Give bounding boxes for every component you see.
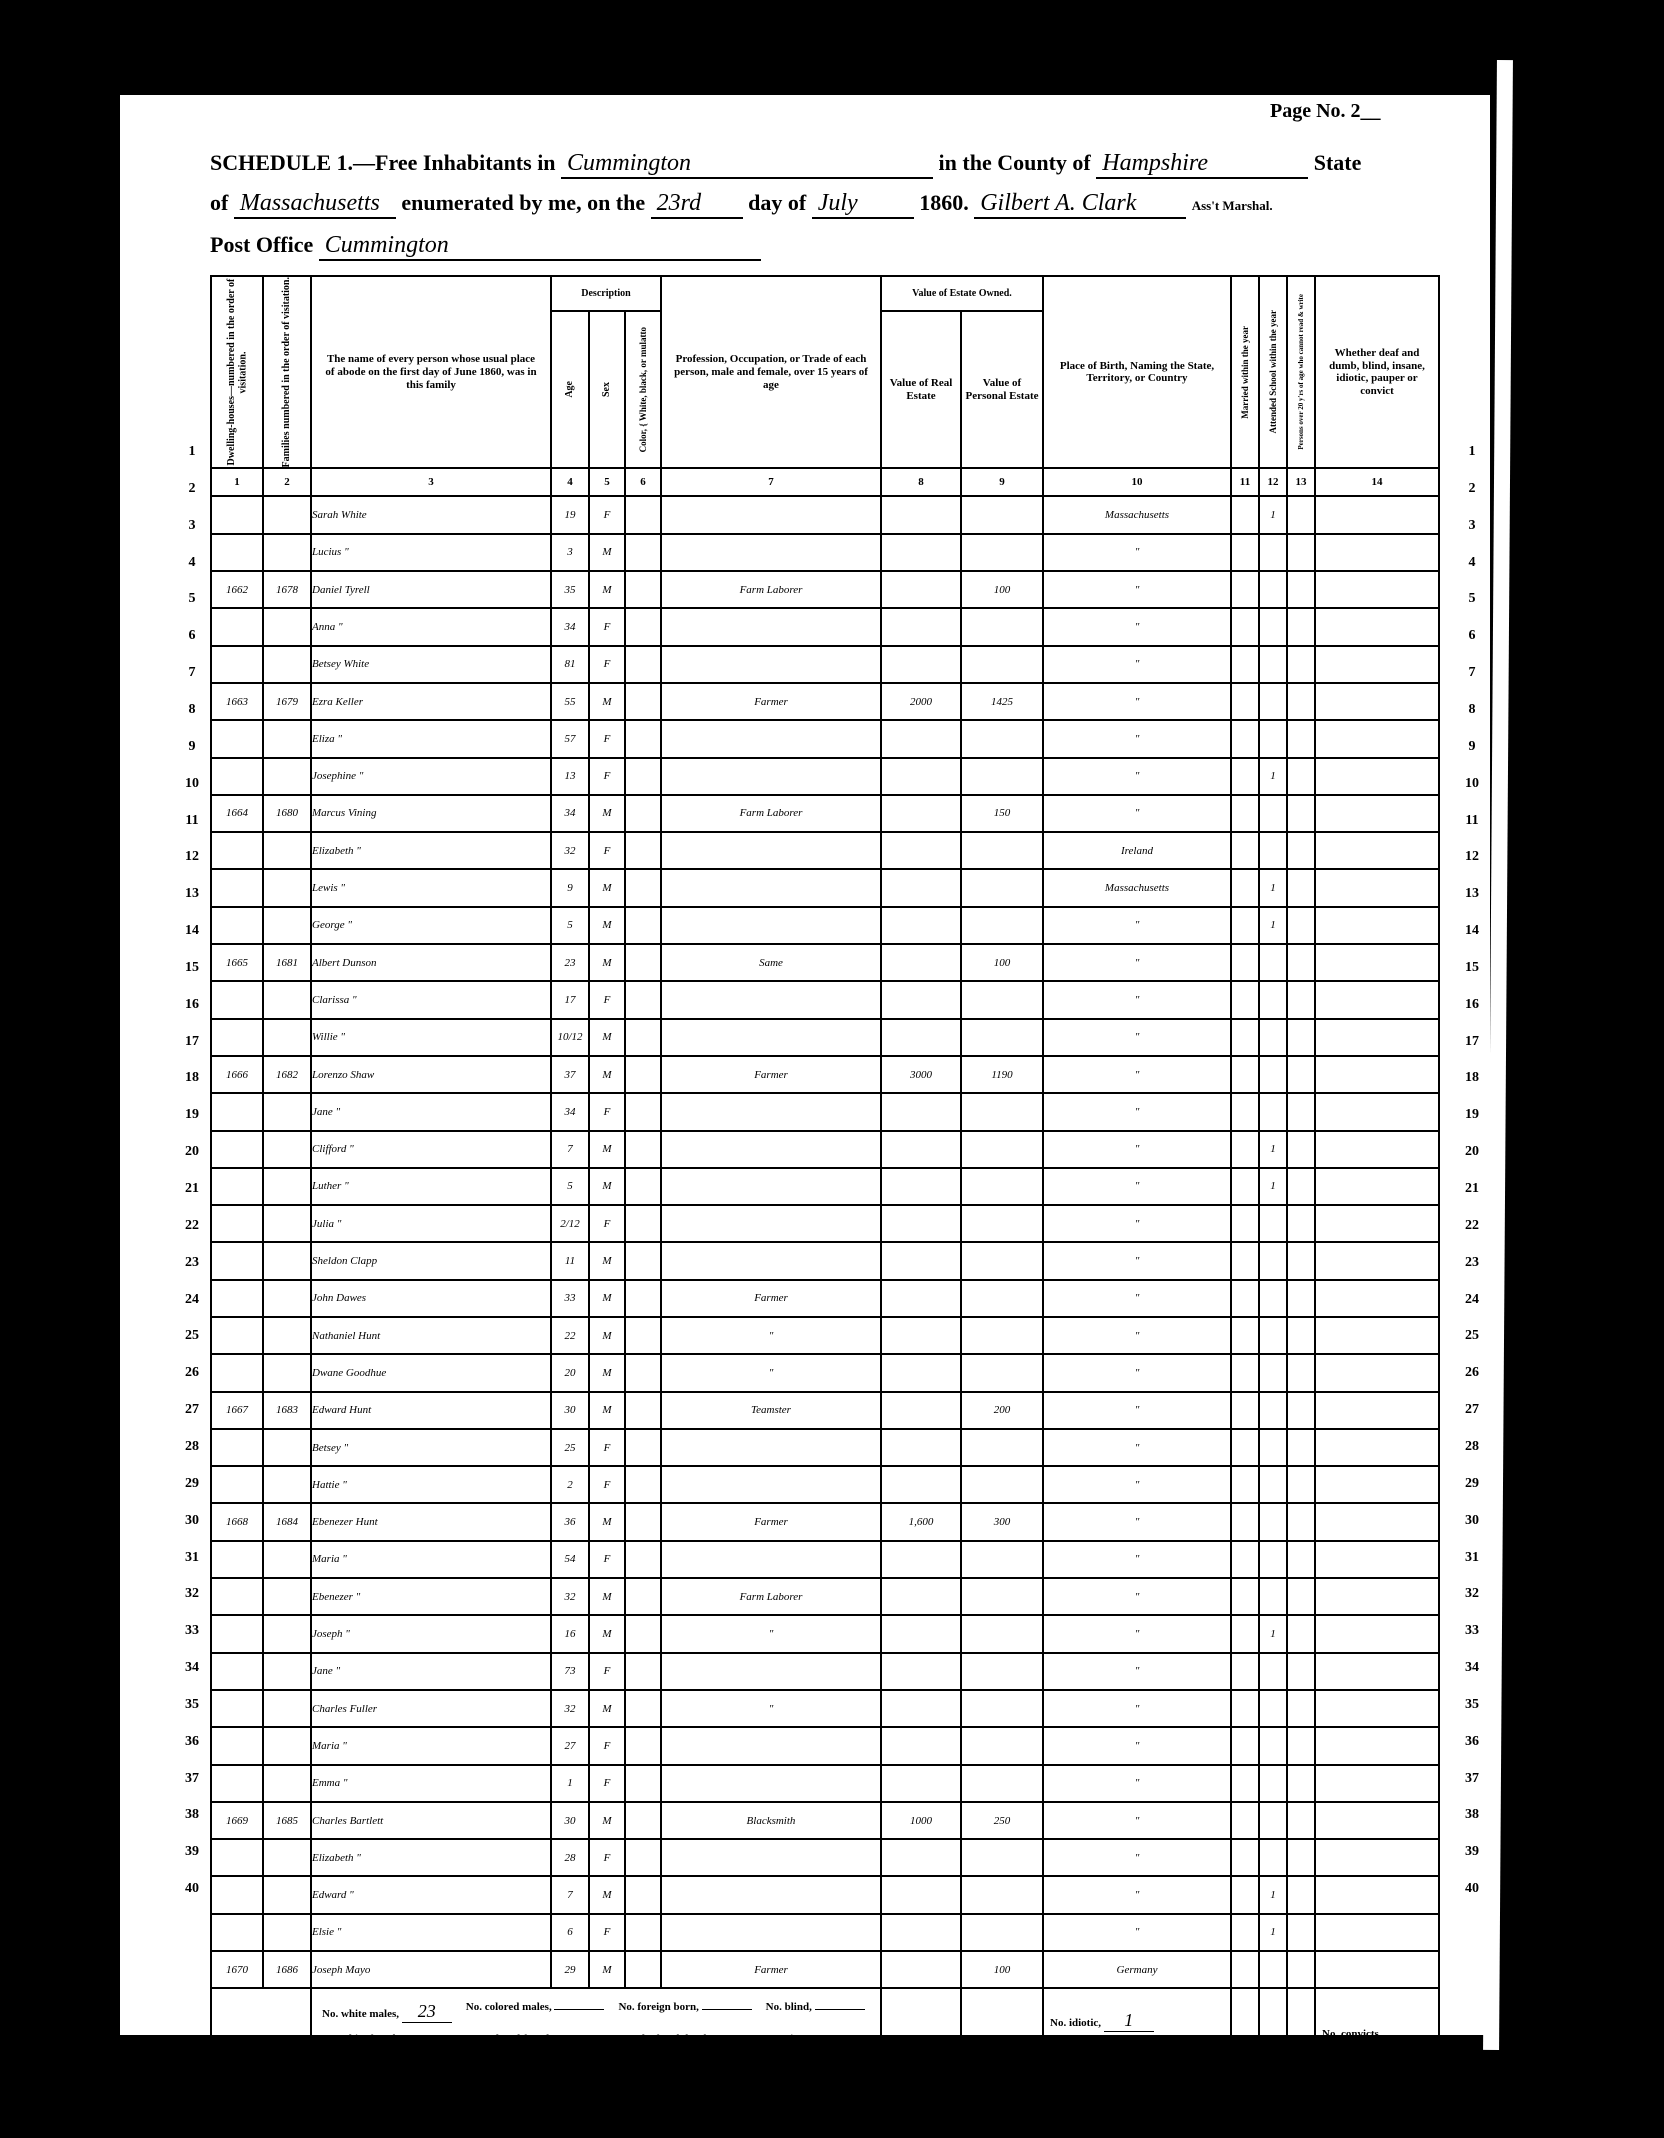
table-row: Sarah White19FMassachusetts1 [211,496,1439,533]
illiterate-mark [1287,944,1315,981]
school-mark [1259,1503,1287,1540]
real-estate-value [881,571,961,608]
occupation [661,1914,881,1951]
dwelling-number [211,1019,263,1056]
disability [1315,1168,1439,1205]
married-mark [1231,1354,1259,1391]
line-number: 10 [180,776,204,792]
school-mark [1259,1429,1287,1466]
post-office-label: Post Office [210,232,313,257]
color [625,1914,661,1951]
white-males-value: 23 [402,2001,452,2023]
school-mark [1259,1951,1287,1988]
school-mark: 1 [1259,1168,1287,1205]
age: 36 [551,1503,589,1540]
illiterate-mark [1287,795,1315,832]
age: 16 [551,1615,589,1652]
occupation: Farmer [661,1503,881,1540]
blind-label: No. blind, [766,2001,812,2013]
line-number: 32 [180,1586,204,1602]
birthplace: " [1043,944,1231,981]
age: 32 [551,832,589,869]
table-row: Hattie "2F" [211,1466,1439,1503]
census-table: Dwelling-houses—numbered in the order of… [210,275,1440,2081]
real-estate-value [881,1429,961,1466]
occupation [661,981,881,1018]
married-mark [1231,1317,1259,1354]
sex: M [589,534,625,571]
header-name: The name of every person whose usual pla… [311,276,551,468]
personal-estate-value: 250 [961,1802,1043,1839]
disability [1315,534,1439,571]
real-estate-value [881,1914,961,1951]
married-mark [1231,1802,1259,1839]
personal-estate-value [961,1429,1043,1466]
sex: F [589,1429,625,1466]
foreign-born-label: No. foreign born, [618,2001,698,2013]
real-estate-value [881,1690,961,1727]
married-mark [1231,1727,1259,1764]
family-number [263,758,311,795]
idiotic-value: 1 [1104,2010,1154,2032]
real-estate-value [881,1093,961,1130]
disability [1315,1354,1439,1391]
school-mark [1259,1690,1287,1727]
family-number [263,496,311,533]
illiterate-mark [1287,1354,1315,1391]
table-row: Edward "7M"1 [211,1876,1439,1913]
real-estate-value [881,1168,961,1205]
personal-estate-value [961,534,1043,571]
line-number: 5 [1460,591,1484,607]
disability [1315,907,1439,944]
married-mark [1231,832,1259,869]
line-number: 18 [180,1070,204,1086]
table-row: Jane "34F" [211,1093,1439,1130]
birthplace: " [1043,981,1231,1018]
sex: F [589,608,625,645]
person-name: Betsey " [311,1429,551,1466]
table-row: Joseph "16M""1 [211,1615,1439,1652]
sex: F [589,496,625,533]
sex: M [589,1578,625,1615]
family-number [263,907,311,944]
line-number: 11 [180,813,204,829]
person-name: Jane " [311,1653,551,1690]
line-number: 21 [1460,1181,1484,1197]
table-row: Ebenezer "32MFarm Laborer" [211,1578,1439,1615]
col-num-5: 5 [589,468,625,496]
color [625,1615,661,1652]
table-row: Sheldon Clapp11M" [211,1242,1439,1279]
header-school: Attended School within the year [1259,276,1287,468]
person-name: Joseph Mayo [311,1951,551,1988]
family-number: 1680 [263,795,311,832]
state-prefix-label: of [210,190,228,215]
table-row: George "5M"1 [211,907,1439,944]
color [625,758,661,795]
line-number: 6 [1460,628,1484,644]
real-estate-value [881,758,961,795]
white-females-label: No. white females, [322,2033,408,2045]
birthplace: " [1043,1354,1231,1391]
illiterate-mark [1287,496,1315,533]
disability [1315,1205,1439,1242]
sex: M [589,1951,625,1988]
birthplace: " [1043,571,1231,608]
post-office-value: Cummington [319,232,761,261]
family-number [263,534,311,571]
line-number: 17 [1460,1034,1484,1050]
line-number: 36 [180,1734,204,1750]
school-mark [1259,1392,1287,1429]
personal-estate-value: 200 [961,1392,1043,1429]
enumerated-label: enumerated by me, on the [401,190,645,215]
person-name: Julia " [311,1205,551,1242]
age: 73 [551,1653,589,1690]
line-number: 35 [180,1697,204,1713]
family-number [263,1727,311,1764]
line-number: 24 [180,1292,204,1308]
married-mark [1231,944,1259,981]
color [625,944,661,981]
illiterate-mark [1287,1093,1315,1130]
age: 32 [551,1690,589,1727]
real-estate-value [881,944,961,981]
person-name: Hattie " [311,1466,551,1503]
illiterate-mark [1287,1131,1315,1168]
line-number: 9 [180,739,204,755]
line-number: 39 [1460,1844,1484,1860]
occupation [661,1727,881,1764]
age: 34 [551,795,589,832]
dwelling-number [211,1280,263,1317]
disability [1315,1765,1439,1802]
sex: F [589,1653,625,1690]
real-estate-value [881,1541,961,1578]
post-office-line: Post Office Cummington [210,232,761,261]
dwelling-number [211,1317,263,1354]
person-name: Elsie " [311,1914,551,1951]
person-name: Emma " [311,1765,551,1802]
illiterate-mark [1287,1876,1315,1913]
table-row: Betsey "25F" [211,1429,1439,1466]
table-row: Jane "73F" [211,1653,1439,1690]
real-estate-value: 3000 [881,1056,961,1093]
header-illiterate: Persons over 20 y'rs of age who cannot r… [1287,276,1315,468]
color [625,1578,661,1615]
disability [1315,1541,1439,1578]
school-mark [1259,1019,1287,1056]
day-value: 23rd [651,190,743,219]
color [625,646,661,683]
line-number: 31 [180,1550,204,1566]
dwelling-number: 1664 [211,795,263,832]
line-number: 28 [180,1439,204,1455]
table-row: Elizabeth "32FIreland [211,832,1439,869]
real-estate-value [881,1131,961,1168]
birthplace: " [1043,1653,1231,1690]
age: 25 [551,1429,589,1466]
line-number: 2 [1460,481,1484,497]
real-estate-value [881,832,961,869]
age: 2/12 [551,1205,589,1242]
school-mark [1259,1056,1287,1093]
occupation: Farmer [661,1951,881,1988]
dwelling-number [211,1093,263,1130]
col-num-9: 9 [961,468,1043,496]
table-row: Maria "27F" [211,1727,1439,1764]
header-personal-estate: Value of Personal Estate [961,311,1043,469]
person-name: Willie " [311,1019,551,1056]
col-num-12: 12 [1259,468,1287,496]
color [625,720,661,757]
family-number [263,1429,311,1466]
occupation [661,720,881,757]
color [625,1503,661,1540]
line-number: 15 [180,960,204,976]
table-row: 16681684Ebenezer Hunt36MFarmer1,600300" [211,1503,1439,1540]
school-mark: 1 [1259,1876,1287,1913]
col-num-6: 6 [625,468,661,496]
person-name: Ebenezer Hunt [311,1503,551,1540]
family-number [263,1690,311,1727]
illiterate-mark [1287,1914,1315,1951]
birthplace: " [1043,1093,1231,1130]
occupation [661,496,881,533]
age: 7 [551,1876,589,1913]
header-color: Color, { White, black, or mulatto [625,311,661,469]
person-name: Betsey White [311,646,551,683]
line-number: 9 [1460,739,1484,755]
age: 37 [551,1056,589,1093]
married-mark [1231,534,1259,571]
school-mark: 1 [1259,907,1287,944]
school-mark [1259,1765,1287,1802]
personal-estate-value: 300 [961,1503,1043,1540]
occupation: Teamster [661,1392,881,1429]
age: 5 [551,1168,589,1205]
illiterate-mark [1287,1429,1315,1466]
birthplace: " [1043,1056,1231,1093]
dwelling-number [211,534,263,571]
occupation: Farm Laborer [661,571,881,608]
school-mark [1259,832,1287,869]
occupation [661,1839,881,1876]
sex: F [589,1205,625,1242]
birthplace: " [1043,1205,1231,1242]
day-of-label: day of [748,190,806,215]
color [625,683,661,720]
personal-estate-value [961,720,1043,757]
real-estate-value [881,1019,961,1056]
real-estate-value [881,1653,961,1690]
illiterate-mark [1287,1056,1315,1093]
dwelling-number [211,907,263,944]
line-number: 25 [180,1328,204,1344]
dwelling-number: 1670 [211,1951,263,1988]
occupation [661,534,881,571]
line-number: 6 [180,628,204,644]
school-mark [1259,1839,1287,1876]
enumerator-signature: Gilbert A. Clark [974,190,1186,219]
personal-estate-value [961,1168,1043,1205]
sex: M [589,1392,625,1429]
line-number: 22 [1460,1218,1484,1234]
totals-illit-blank [1287,1988,1315,2080]
birthplace: " [1043,1429,1231,1466]
real-estate-value [881,1765,961,1802]
occupation [661,907,881,944]
occupation [661,1466,881,1503]
dwelling-number [211,1429,263,1466]
person-name: Josephine " [311,758,551,795]
age: 3 [551,534,589,571]
dwelling-number: 1666 [211,1056,263,1093]
person-name: John Dawes [311,1280,551,1317]
line-number: 4 [1460,555,1484,571]
col-num-11: 11 [1231,468,1259,496]
age: 11 [551,1242,589,1279]
page-number: Page No. 2__ [1270,100,1381,123]
sex: M [589,1876,625,1913]
married-mark [1231,1653,1259,1690]
illiterate-mark [1287,1615,1315,1652]
personal-estate-value [961,1242,1043,1279]
line-number: 23 [180,1255,204,1271]
age: 81 [551,646,589,683]
family-number: 1686 [263,1951,311,1988]
schedule-line: SCHEDULE 1.—Free Inhabitants in Cummingt… [210,150,1361,179]
sex: M [589,683,625,720]
table-row: 16621678Daniel Tyrell35MFarm Laborer100" [211,571,1439,608]
year-value: 1860. [919,190,969,215]
color [625,1690,661,1727]
married-mark [1231,608,1259,645]
illiterate-mark [1287,1541,1315,1578]
age: 20 [551,1354,589,1391]
line-number: 1 [1460,444,1484,460]
dwelling-number: 1667 [211,1392,263,1429]
disability [1315,1280,1439,1317]
school-mark [1259,608,1287,645]
line-number: 15 [1460,960,1484,976]
table-row: 16631679Ezra Keller55MFarmer20001425" [211,683,1439,720]
married-mark [1231,795,1259,832]
header-disability: Whether deaf and dumb, blind, insane, id… [1315,276,1439,468]
age: 23 [551,944,589,981]
married-mark [1231,1578,1259,1615]
personal-estate-value [961,1914,1043,1951]
birthplace: " [1043,1541,1231,1578]
sex: F [589,1466,625,1503]
disability [1315,944,1439,981]
married-mark [1231,758,1259,795]
family-number [263,1242,311,1279]
dwelling-number: 1669 [211,1802,263,1839]
family-number [263,1019,311,1056]
color [625,795,661,832]
dwelling-number [211,1727,263,1764]
color [625,1242,661,1279]
married-mark [1231,1690,1259,1727]
enumeration-line: of Massachusetts enumerated by me, on th… [210,190,1273,219]
real-estate-value [881,795,961,832]
personal-estate-value [961,1541,1043,1578]
age: 6 [551,1914,589,1951]
personal-estate-value [961,869,1043,906]
line-number: 11 [1460,813,1484,829]
disability [1315,1615,1439,1652]
line-number: 30 [180,1513,204,1529]
line-number: 8 [1460,702,1484,718]
insane-value [771,2053,821,2054]
line-number: 3 [180,518,204,534]
table-row: Eliza "57F" [211,720,1439,757]
dwelling-number [211,1615,263,1652]
sex: M [589,1131,625,1168]
family-number [263,1131,311,1168]
personal-estate-value [961,646,1043,683]
school-mark [1259,571,1287,608]
line-number: 33 [1460,1623,1484,1639]
birthplace: " [1043,720,1231,757]
occupation [661,646,881,683]
table-row: Willie "10/12M" [211,1019,1439,1056]
color [625,1019,661,1056]
header-estate-group: Value of Estate Owned. [881,276,1043,311]
school-mark: 1 [1259,496,1287,533]
line-number: 33 [180,1623,204,1639]
enumerator-role: Ass't Marshal. [1192,198,1273,213]
color [625,1429,661,1466]
real-estate-value [881,534,961,571]
sex: F [589,1727,625,1764]
totals-convicts: No. convicts, [1315,1988,1439,2080]
occupation: Farm Laborer [661,795,881,832]
county-value: Hampshire [1096,150,1308,179]
totals-row: No. white males, 23 No. colored males, N… [211,1988,1439,2080]
person-name: Edward " [311,1876,551,1913]
family-number [263,1354,311,1391]
colored-females-label: No. colored females, [467,2033,562,2045]
table-row: 16701686Joseph Mayo29MFarmer100Germany [211,1951,1439,1988]
occupation [661,1019,881,1056]
state-suffix-label: State [1314,150,1362,175]
totals-counts: No. white males, 23 No. colored males, N… [311,1988,881,2080]
color [625,1093,661,1130]
color [625,1765,661,1802]
married-mark [1231,720,1259,757]
line-number: 30 [1460,1513,1484,1529]
occupation: " [661,1317,881,1354]
colored-males-label: No. colored males, [466,2001,552,2013]
line-number: 13 [180,886,204,902]
real-estate-value [881,1466,961,1503]
birthplace: " [1043,1802,1231,1839]
disability [1315,1690,1439,1727]
person-name: Anna " [311,608,551,645]
table-row: Betsey White81F" [211,646,1439,683]
disability [1315,869,1439,906]
occupation [661,1168,881,1205]
age: 19 [551,496,589,533]
illiterate-mark [1287,646,1315,683]
occupation [661,1541,881,1578]
sex: M [589,1317,625,1354]
personal-estate-value: 1425 [961,683,1043,720]
school-mark [1259,1093,1287,1130]
